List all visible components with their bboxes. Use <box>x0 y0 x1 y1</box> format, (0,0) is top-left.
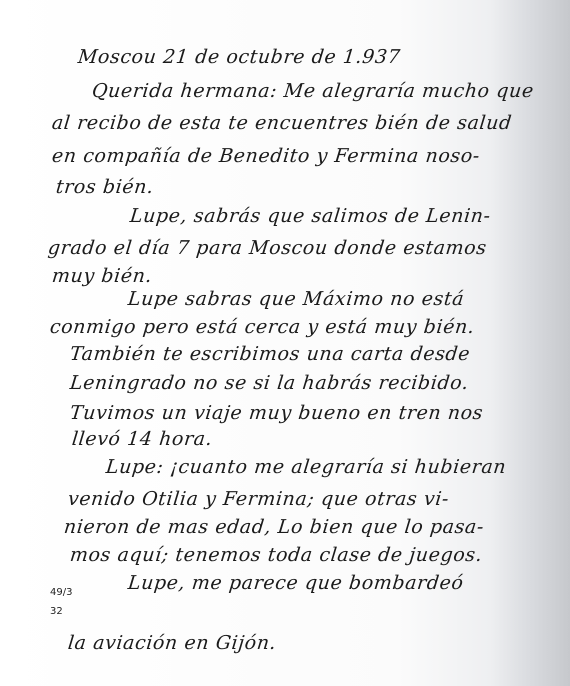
letter-line: tros bién. <box>55 176 155 198</box>
margin-note-line2: 32 <box>50 605 72 618</box>
letter-line: llevó 14 hora. <box>71 428 214 450</box>
letter-line: Tuvimos un viaje muy bueno en tren nos <box>69 402 484 424</box>
letter-salutation-line: Querida hermana: Me alegraría mucho que <box>91 80 535 102</box>
letter-line: en compañía de Benedito y Fermina noso- <box>51 145 481 167</box>
letter-line: Lupe, sabrás que salimos de Lenin- <box>129 205 492 227</box>
letter-date-line: Moscou 21 de octubre de 1.937 <box>77 46 402 68</box>
letter-line: Leningrado no se si la habrás recibido. <box>69 372 470 394</box>
letter-line: Lupe: ¡cuanto me alegraría si hubieran <box>105 456 508 478</box>
archive-margin-note: 49/3 32 <box>50 586 72 618</box>
letter-line: mos aquí; tenemos toda clase de juegos. <box>69 544 484 566</box>
letter-line: venido Otilia y Fermina; que otras vi- <box>67 488 450 510</box>
letter-line: al recibo de esta te encuentres bién de … <box>51 112 513 134</box>
letter-line: conmigo pero está cerca y está muy bién. <box>49 316 476 338</box>
scanned-letter-page: Moscou 21 de octubre de 1.937 Querida he… <box>0 0 570 686</box>
letter-line: También te escribimos una carta desde <box>69 343 471 365</box>
letter-line: grado el día 7 para Moscou donde estamos <box>47 237 488 259</box>
letter-line: Lupe sabras que Máximo no está <box>127 288 465 310</box>
letter-line: nieron de mas edad, Lo bien que lo pasa- <box>63 516 485 538</box>
letter-line: Lupe, me parece que bombardeó <box>127 572 465 594</box>
letter-line: muy bién. <box>51 265 153 287</box>
letter-line: la aviación en Gijón. <box>67 632 278 654</box>
margin-note-line1: 49/3 <box>50 586 72 599</box>
